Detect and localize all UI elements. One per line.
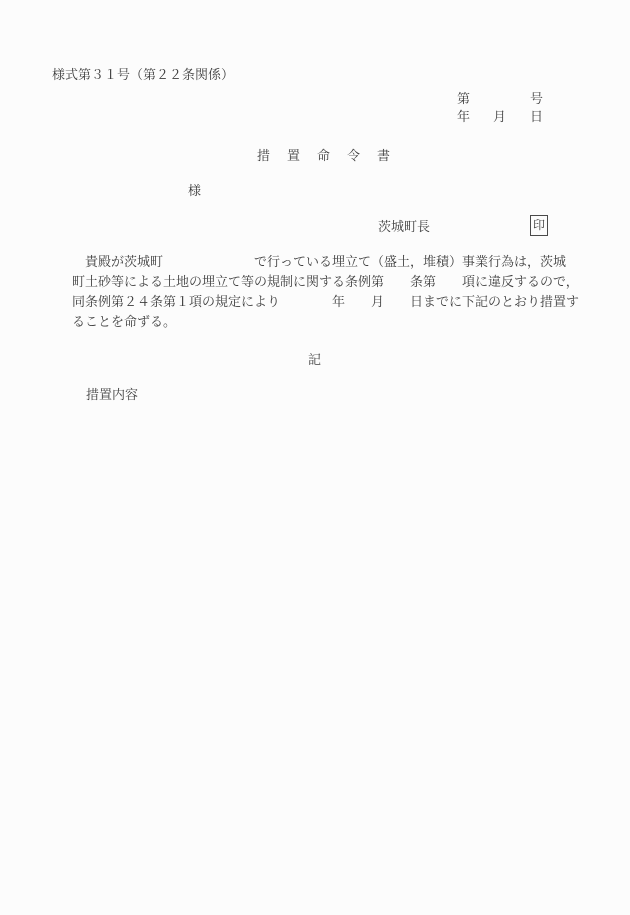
- body-line-1: 貴殿が茨城町 で行っている埋立て（盛土，堆積）事業行為は，茨城: [72, 252, 602, 272]
- seal-label: 印: [533, 218, 545, 232]
- body-paragraph: 貴殿が茨城町 で行っている埋立て（盛土，堆積）事業行為は，茨城 町土砂等による土…: [72, 252, 602, 332]
- month-label: 月: [493, 107, 506, 127]
- doc-number-prefix-label: 第: [457, 89, 470, 109]
- issuer-name: 茨城町長: [378, 217, 430, 237]
- doc-number-suffix-label: 号: [530, 89, 543, 109]
- form-number: 様式第３１号（第２２条関係）: [52, 65, 234, 85]
- seal-box: 印: [530, 215, 548, 236]
- measures-label: 措置内容: [86, 385, 138, 405]
- ki-heading: 記: [308, 350, 321, 370]
- day-label: 日: [530, 107, 543, 127]
- body-line-2: 町土砂等による土地の埋立て等の規制に関する条例第 条第 項に違反するので，: [72, 272, 602, 292]
- year-label: 年: [457, 107, 470, 127]
- doc-title: 措 置 命 令 書: [257, 146, 392, 166]
- body-line-4: ることを命ずる。: [72, 312, 602, 332]
- addressee-honorific: 様: [188, 181, 201, 201]
- body-line-3: 同条例第２４条第１項の規定により 年 月 日までに下記のとおり措置す: [72, 292, 602, 312]
- document-page: 様式第３１号（第２２条関係） 第 号 年 月 日 措 置 命 令 書 様 茨城町…: [0, 0, 630, 915]
